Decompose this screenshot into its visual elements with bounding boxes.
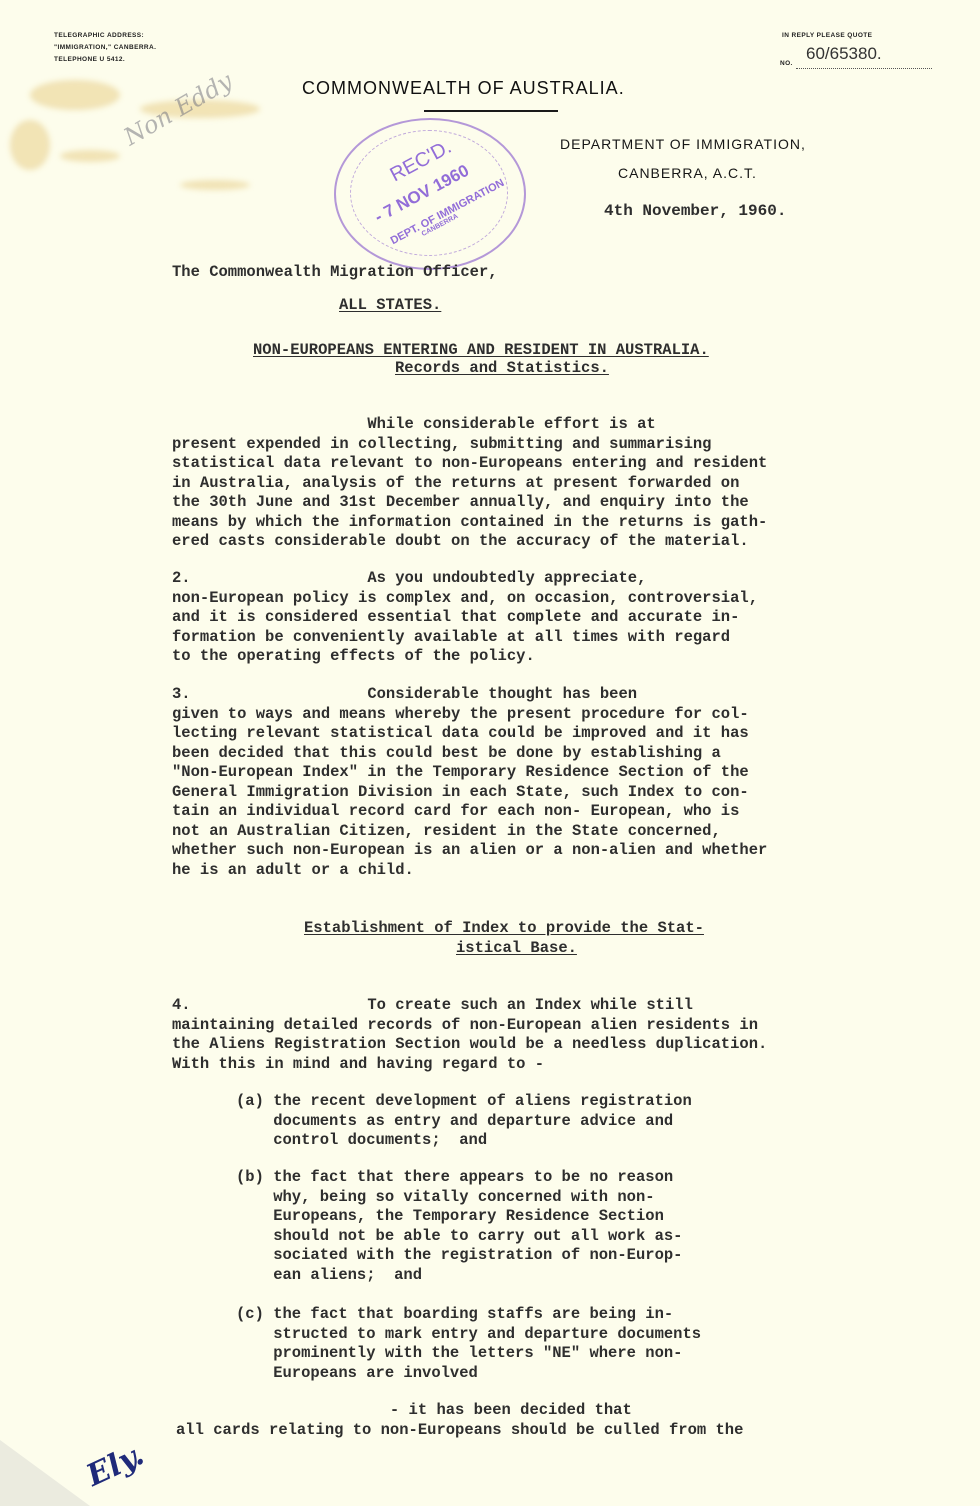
paragraph-4: 4. To create such an Index while still m… — [172, 996, 767, 1074]
text-line: 3. Considerable thought has been — [172, 685, 767, 705]
paper-stain — [30, 80, 120, 110]
addressee-states: ALL STATES. — [339, 296, 441, 316]
paragraph-1: While considerable effort is at present … — [172, 415, 767, 552]
text-line: the 30th June and 31st December annually… — [172, 493, 767, 513]
telegraphic-value: "Immigration," Canberra. — [54, 42, 156, 54]
text-line: all cards relating to non-Europeans shou… — [176, 1421, 743, 1441]
text-line: (b) the fact that there appears to be no… — [236, 1168, 682, 1188]
text-line: tain an individual record card for each … — [172, 802, 767, 822]
text-line: control documents; and — [236, 1131, 692, 1151]
paragraph-2: 2. As you undoubtedly appreciate, non-Eu… — [172, 569, 758, 667]
text-line: not an Australian Citizen, resident in t… — [172, 822, 767, 842]
text-line: been decided that this could best be don… — [172, 744, 767, 764]
letter-date: 4th November, 1960. — [604, 202, 786, 222]
telegraphic-label: Telegraphic Address: — [54, 30, 156, 42]
text-line: With this in mind and having regard to - — [172, 1055, 767, 1075]
text-line: given to ways and means whereby the pres… — [172, 705, 767, 725]
text-line: he is an adult or a child. — [172, 861, 767, 881]
letterhead-contact: Telegraphic Address: "Immigration," Canb… — [54, 30, 156, 66]
subject-line-2: Records and Statistics. — [395, 359, 609, 379]
text-line: structed to mark entry and departure doc… — [236, 1325, 701, 1345]
page-corner-fold — [0, 1440, 90, 1506]
text-line: to the operating effects of the policy. — [172, 647, 758, 667]
list-item-a: (a) the recent development of aliens reg… — [236, 1092, 692, 1151]
text-line: While considerable effort is at — [172, 415, 767, 435]
text-line: should not be able to carry out all work… — [236, 1227, 682, 1247]
text-line: ean aliens; and — [236, 1266, 682, 1286]
text-line: in Australia, analysis of the returns at… — [172, 474, 767, 494]
text-line: whether such non-European is an alien or… — [172, 841, 767, 861]
page-title: COMMONWEALTH OF AUSTRALIA. — [302, 78, 625, 99]
paragraph-3: 3. Considerable thought has been given t… — [172, 685, 767, 880]
text-line: (c) the fact that boarding staffs are be… — [236, 1305, 701, 1325]
reference-number: 60/65380. — [806, 44, 882, 64]
addressee-line: The Commonwealth Migration Officer, — [172, 263, 498, 283]
telephone: Telephone U 5412. — [54, 54, 156, 66]
text-line: and it is considered essential that comp… — [172, 608, 758, 628]
text-line: the Aliens Registration Section would be… — [172, 1035, 767, 1055]
title-rule — [424, 110, 558, 112]
text-line: maintaining detailed records of non-Euro… — [172, 1016, 767, 1036]
text-line: present expended in collecting, submitti… — [172, 435, 767, 455]
handwritten-initials: Ely. — [81, 1437, 149, 1494]
closing-text: - it has been decided that all cards rel… — [176, 1401, 743, 1440]
text-line: 4. To create such an Index while still — [172, 996, 767, 1016]
received-stamp: REC'D. - 7 NOV 1960 DEPT. OF IMMIGRATION… — [334, 118, 526, 270]
section-heading-line-2: istical Base. — [456, 939, 577, 959]
text-line: "Non-European Index" in the Temporary Re… — [172, 763, 767, 783]
department-city: CANBERRA, A.C.T. — [618, 165, 757, 181]
text-line: means by which the information contained… — [172, 513, 767, 533]
paper-stain — [10, 120, 50, 170]
reply-no-label: No. — [780, 58, 793, 70]
list-item-b: (b) the fact that there appears to be no… — [236, 1168, 682, 1285]
text-line: sociated with the registration of non-Eu… — [236, 1246, 682, 1266]
reference-dotted-line — [796, 68, 932, 69]
text-line: Europeans are involved — [236, 1364, 701, 1384]
paper-stain — [180, 180, 250, 190]
text-line: why, being so vitally concerned with non… — [236, 1188, 682, 1208]
text-line: Europeans, the Temporary Residence Secti… — [236, 1207, 682, 1227]
paper-stain — [60, 150, 120, 162]
text-line: (a) the recent development of aliens reg… — [236, 1092, 692, 1112]
list-item-c: (c) the fact that boarding staffs are be… — [236, 1305, 701, 1383]
department-name: DEPARTMENT OF IMMIGRATION, — [560, 136, 806, 152]
text-line: statistical data relevant to non-Europea… — [172, 454, 767, 474]
subject-line-1: NON-EUROPEANS ENTERING AND RESIDENT IN A… — [253, 341, 709, 361]
text-line: - it has been decided that — [176, 1401, 743, 1421]
text-line: lecting relevant statistical data could … — [172, 724, 767, 744]
text-line: non-European policy is complex and, on o… — [172, 589, 758, 609]
text-line: prominently with the letters "NE" where … — [236, 1344, 701, 1364]
text-line: formation be conveniently available at a… — [172, 628, 758, 648]
text-line: General Immigration Division in each Sta… — [172, 783, 767, 803]
text-line: ered casts considerable doubt on the acc… — [172, 532, 767, 552]
text-line: 2. As you undoubtedly appreciate, — [172, 569, 758, 589]
section-heading-line-1: Establishment of Index to provide the St… — [304, 919, 704, 939]
text-line: documents as entry and departure advice … — [236, 1112, 692, 1132]
reply-label: In Reply Please Quote — [782, 30, 872, 42]
